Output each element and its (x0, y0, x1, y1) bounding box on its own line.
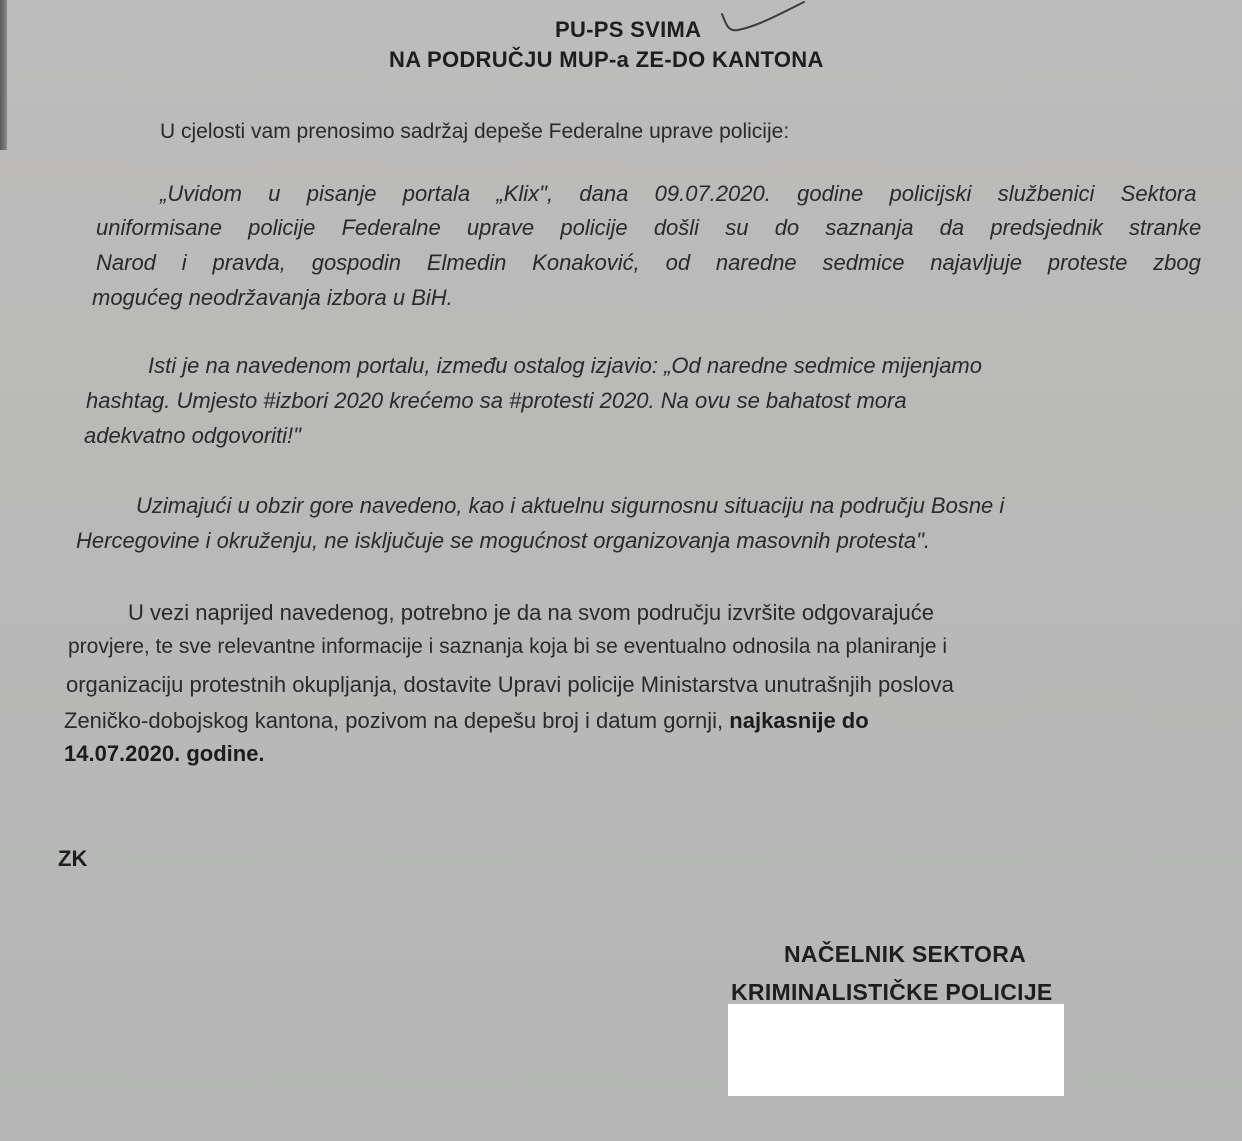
redacted-signature-box (728, 1004, 1064, 1096)
request-paragraph-line-3: organizaciju protestnih okupljanja, dost… (66, 672, 954, 698)
request-paragraph-line-2: provjere, te sve relevantne informacije … (68, 635, 947, 659)
quote-paragraph-2-line-2: hashtag. Umjesto #izbori 2020 krećemo sa… (86, 388, 907, 414)
request-paragraph-line-4-text: Zeničko-dobojskog kantona, pozivom na de… (64, 708, 723, 733)
request-paragraph-line-4: Zeničko-dobojskog kantona, pozivom na de… (64, 708, 869, 734)
intro-text: U cjelosti vam prenosimo sadržaj depeše … (160, 120, 789, 144)
quote-paragraph-2-line-3: adekvatno odgovoriti!" (84, 423, 301, 449)
signatory-title-line-2: KRIMINALISTIČKE POLICIJE (731, 979, 1053, 1006)
quote-paragraph-1-line-4: mogućeg neodržavanja izbora u BiH. (92, 285, 453, 311)
quote-paragraph-1-line-3: Narod i pravda, gospodin Elmedin Konakov… (96, 250, 1201, 276)
request-paragraph-line-1: U vezi naprijed navedenog, potrebno je d… (128, 600, 934, 626)
quote-paragraph-3-line-1: Uzimajući u obzir gore navedeno, kao i a… (136, 493, 1004, 519)
quote-paragraph-1-line-2: uniformisane policije Federalne uprave p… (96, 215, 1201, 241)
quote-paragraph-3-line-2: Hercegovine i okruženju, ne isključuje s… (76, 528, 930, 554)
initials: ZK (58, 846, 87, 872)
deadline-label: najkasnije do (729, 708, 868, 733)
recipient-line-1: PU-PS SVIMA (555, 17, 701, 43)
handwritten-check-mark-icon (718, 0, 808, 36)
deadline-date: 14.07.2020. godine. (64, 741, 265, 767)
signatory-title-line-1: NAČELNIK SEKTORA (784, 941, 1026, 968)
page-edge-shadow (0, 0, 7, 150)
quote-paragraph-2-line-1: Isti je na navedenom portalu, između ost… (148, 353, 982, 379)
recipient-line-2: NA PODRUČJU MUP-a ZE-DO KANTONA (389, 47, 824, 73)
quote-paragraph-1-line-1: „Uvidom u pisanje portala „Klix", dana 0… (160, 181, 1197, 207)
